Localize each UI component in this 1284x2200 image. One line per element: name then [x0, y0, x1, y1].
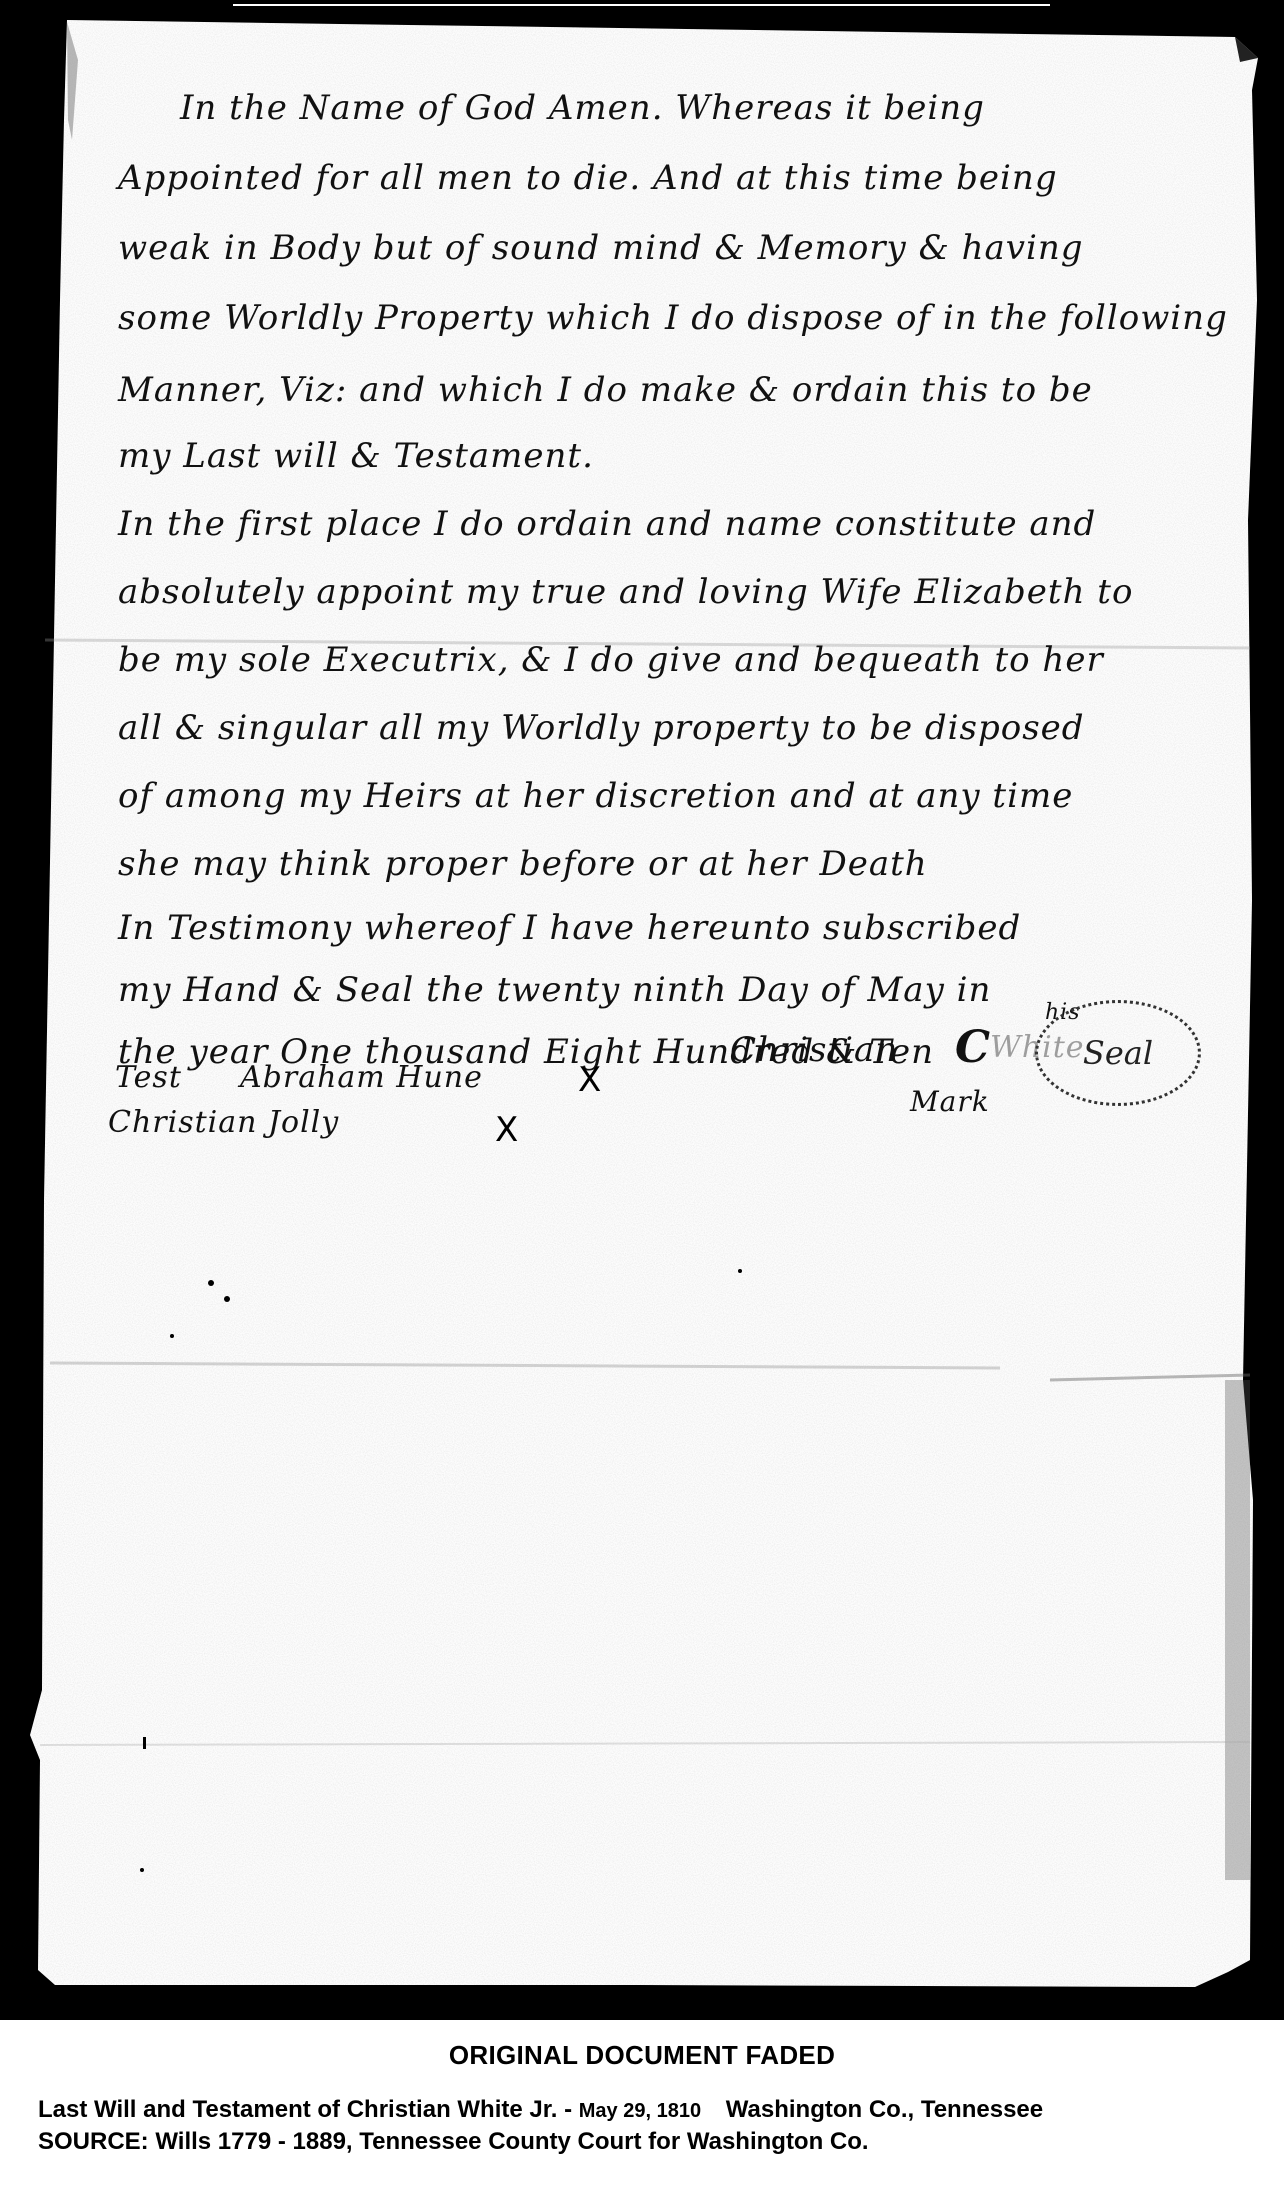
witness-name-2: Christian Jolly: [108, 1105, 339, 1140]
manuscript-line-1: In the Name of God Amen. Whereas it bein…: [180, 88, 985, 128]
manuscript-line-14: my Hand & Seal the twenty ninth Day of M…: [118, 970, 991, 1010]
manuscript-line-2: Appointed for all men to die. And at thi…: [118, 158, 1058, 198]
manuscript-line-10: all & singular all my Worldly property t…: [118, 708, 1085, 748]
scanned-document-background: In the Name of God Amen. Whereas it bein…: [0, 0, 1284, 2020]
witness-name-1: Abraham Hune: [240, 1060, 483, 1095]
manuscript-line-4: some Worldly Property which I do dispose…: [118, 298, 1228, 338]
signature-name: Christian: [730, 1030, 898, 1070]
manuscript-line-8: absolutely appoint my true and loving Wi…: [118, 572, 1133, 612]
manuscript-line-5: Manner, Viz: and which I do make & ordai…: [118, 370, 1093, 410]
manuscript-line-11: of among my Heirs at her discretion and …: [118, 776, 1073, 816]
signature-mark-label: Mark: [910, 1085, 990, 1118]
manuscript-line-7: In the first place I do ordain and name …: [118, 504, 1096, 544]
caption-source: SOURCE: Wills 1779 - 1889, Tennessee Cou…: [38, 2128, 869, 2156]
manuscript-line-12: she may think proper before or at her De…: [118, 844, 928, 884]
caption-line-1: Last Will and Testament of Christian Whi…: [38, 2096, 1043, 2124]
wax-seal: Seal: [1035, 1000, 1201, 1106]
caption-will-title: Last Will and Testament of Christian Whi…: [38, 2096, 572, 2123]
seal-label: Seal: [1083, 1034, 1153, 1072]
witness-test-label: Test: [115, 1060, 182, 1095]
caption-title: ORIGINAL DOCUMENT FADED: [0, 2040, 1284, 2071]
manuscript-line-13: In Testimony whereof I have hereunto sub…: [118, 908, 1021, 948]
witness-2-x-mark: X: [495, 1110, 518, 1150]
document-caption: ORIGINAL DOCUMENT FADED Last Will and Te…: [0, 2020, 1284, 2200]
manuscript-line-3: weak in Body but of sound mind & Memory …: [118, 228, 1084, 268]
manuscript-line-6: my Last will & Testament.: [118, 436, 594, 476]
caption-place: Washington Co., Tennessee: [726, 2096, 1043, 2123]
manuscript-line-9: be my sole Executrix, & I do give and be…: [118, 640, 1104, 680]
signature-initial-mark: C: [955, 1022, 991, 1073]
witness-1-x-mark: X: [578, 1060, 601, 1100]
will-manuscript-page: In the Name of God Amen. Whereas it bein…: [0, 0, 1284, 2020]
caption-date: May 29, 1810: [579, 2100, 701, 2122]
